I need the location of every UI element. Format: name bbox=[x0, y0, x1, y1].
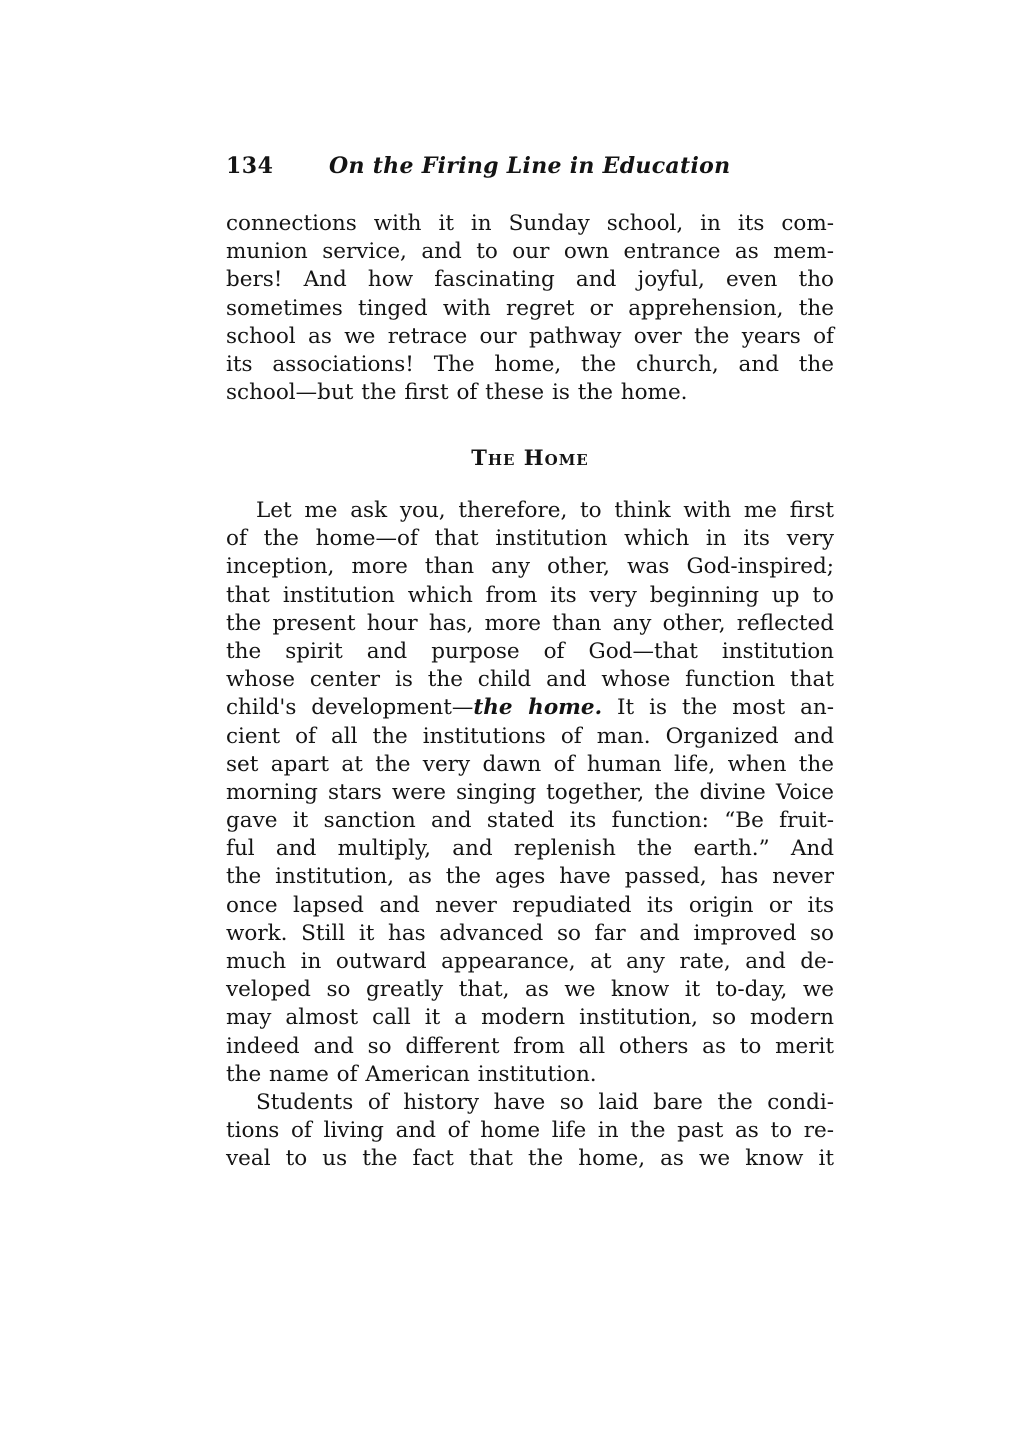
text-line: indeed and so different from all others … bbox=[226, 1033, 834, 1061]
text-line: the present hour has, more than any othe… bbox=[226, 610, 834, 638]
text-line: school—but the first of these is the hom… bbox=[226, 379, 834, 407]
text-line: its associations! The home, the church, … bbox=[226, 351, 834, 379]
text-line: that institution which from its very beg… bbox=[226, 582, 834, 610]
text-line: whose center is the child and whose func… bbox=[226, 666, 834, 694]
text-line: cient of all the institutions of man. Or… bbox=[226, 723, 834, 751]
continued-paragraph: connections with it in Sunday school, in… bbox=[226, 210, 834, 407]
text-line: morning stars were singing together, the… bbox=[226, 779, 834, 807]
text-line: sometimes tinged with regret or apprehen… bbox=[226, 295, 834, 323]
text-line: work. Still it has advanced so far and i… bbox=[226, 920, 834, 948]
book-page: 134 On the Firing Line in Education conn… bbox=[0, 0, 1010, 1454]
text-fragment: child's development— bbox=[226, 695, 473, 720]
text-line: much in outward appearance, at any rate,… bbox=[226, 948, 834, 976]
text-line: veal to us the fact that the home, as we… bbox=[226, 1145, 834, 1173]
text-line: gave it sanction and stated its function… bbox=[226, 807, 834, 835]
page-number: 134 bbox=[226, 150, 273, 182]
text-line-with-emphasis: child's development—the home. It is the … bbox=[226, 694, 834, 722]
text-line: connections with it in Sunday school, in… bbox=[226, 210, 834, 238]
text-line: set apart at the very dawn of human life… bbox=[226, 751, 834, 779]
emphasized-text: the home. bbox=[473, 695, 602, 720]
text-line: Let me ask you, therefore, to think with… bbox=[226, 497, 834, 525]
text-fragment: It is the most an- bbox=[602, 695, 834, 720]
text-line: the spirit and purpose of God—that insti… bbox=[226, 638, 834, 666]
text-line: once lapsed and never repudiated its ori… bbox=[226, 892, 834, 920]
text-line: school as we retrace our pathway over th… bbox=[226, 323, 834, 351]
text-line: the name of American institution. bbox=[226, 1061, 834, 1089]
text-line: Students of history have so laid bare th… bbox=[226, 1089, 834, 1117]
paragraph-the-home: Let me ask you, therefore, to think with… bbox=[226, 497, 834, 1089]
text-line: inception, more than any other, was God-… bbox=[226, 553, 834, 581]
text-line: ful and multiply, and replenish the eart… bbox=[226, 835, 834, 863]
text-line: of the home—of that institution which in… bbox=[226, 525, 834, 553]
text-line: the institution, as the ages have passed… bbox=[226, 863, 834, 891]
paragraph-students-of-history: Students of history have so laid bare th… bbox=[226, 1089, 834, 1174]
running-head: 134 On the Firing Line in Education bbox=[226, 150, 846, 182]
text-line: bers! And how fascinating and joyful, ev… bbox=[226, 266, 834, 294]
text-line: veloped so greatly that, as we know it t… bbox=[226, 976, 834, 1004]
section-heading: The Home bbox=[226, 444, 834, 472]
text-line: may almost call it a modern institution,… bbox=[226, 1004, 834, 1032]
text-line: munion service, and to our own entrance … bbox=[226, 238, 834, 266]
text-line: tions of living and of home life in the … bbox=[226, 1117, 834, 1145]
book-title: On the Firing Line in Education bbox=[329, 150, 730, 182]
